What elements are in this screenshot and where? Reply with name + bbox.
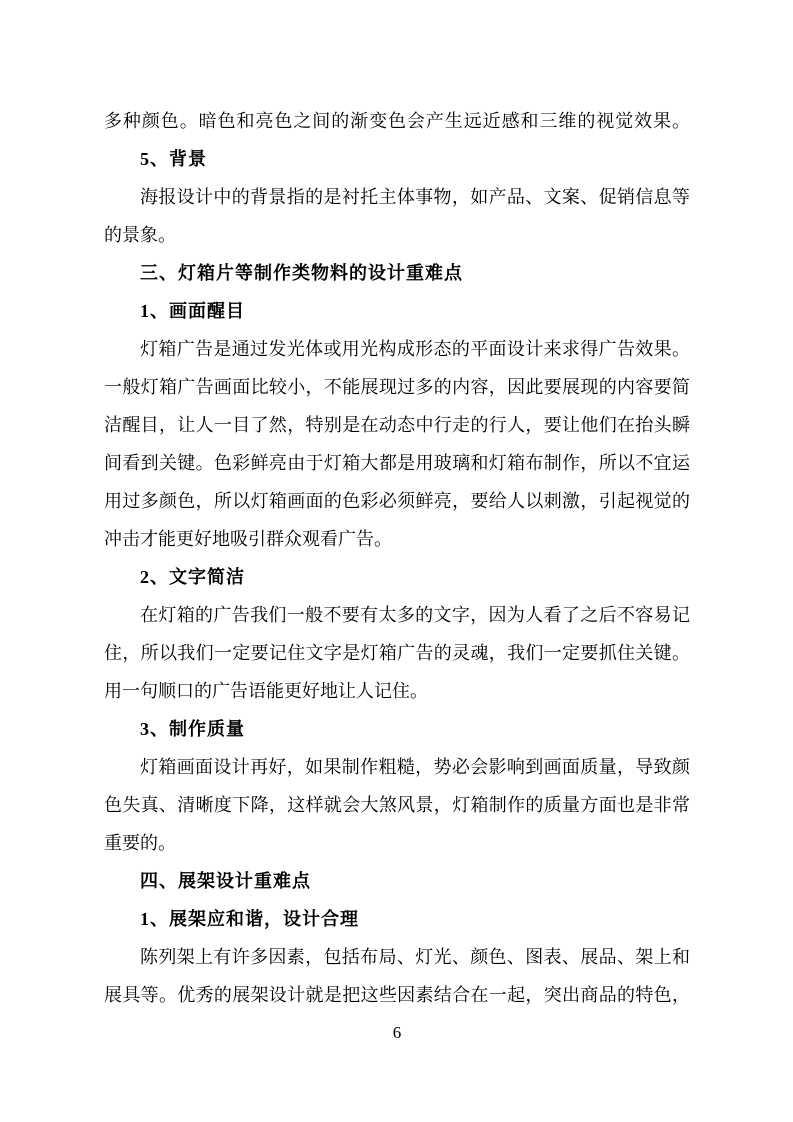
text-line: 洁醒目，让人一目了然，特别是在动态中行走的行人，要让他们在抬头瞬 [104,406,690,444]
text-line: 重要的。 [104,824,690,862]
text-line: 展具等。优秀的展架设计就是把这些因素结合在一起，突出商品的特色， [104,976,690,1014]
text-line: 间看到关键。色彩鲜亮由于灯箱大都是用玻璃和灯箱布制作，所以不宜运 [104,444,690,482]
text-line: 一般灯箱广告画面比较小，不能展现过多的内容，因此要展现的内容要简 [104,368,690,406]
section-heading: 5、背景 [104,140,690,178]
section-heading: 2、文字简洁 [104,558,690,596]
section-heading: 1、展架应和谐，设计合理 [104,900,690,938]
text-line: 陈列架上有许多因素，包括布局、灯光、颜色、图表、展品、架上和 [104,938,690,976]
text-line: 多种颜色。暗色和亮色之间的渐变色会产生远近感和三维的视觉效果。 [104,102,690,140]
document-page: 多种颜色。暗色和亮色之间的渐变色会产生远近感和三维的视觉效果。5、背景海报设计中… [0,0,793,1122]
text-line: 的景象。 [104,216,690,254]
text-line: 灯箱画面设计再好，如果制作粗糙，势必会影响到画面质量，导致颜 [104,748,690,786]
section-heading: 3、制作质量 [104,710,690,748]
section-heading: 四、展架设计重难点 [104,862,690,900]
text-line: 用过多颜色，所以灯箱画面的色彩必须鲜亮，要给人以刺激，引起视觉的 [104,482,690,520]
document-text-block: 多种颜色。暗色和亮色之间的渐变色会产生远近感和三维的视觉效果。5、背景海报设计中… [104,102,690,1052]
section-heading: 三、灯箱片等制作类物料的设计重难点 [104,254,690,292]
text-line: 在灯箱的广告我们一般不要有太多的文字，因为人看了之后不容易记 [104,596,690,634]
text-line: 海报设计中的背景指的是衬托主体事物，如产品、文案、促销信息等 [104,178,690,216]
page-number: 6 [104,1014,690,1052]
text-line: 色失真、清晰度下降，这样就会大煞风景，灯箱制作的质量方面也是非常 [104,786,690,824]
section-heading: 1、画面醒目 [104,292,690,330]
text-line: 灯箱广告是通过发光体或用光构成形态的平面设计来求得广告效果。 [104,330,690,368]
text-line: 用一句顺口的广告语能更好地让人记住。 [104,672,690,710]
text-line: 冲击才能更好地吸引群众观看广告。 [104,520,690,558]
text-line: 住，所以我们一定要记住文字是灯箱广告的灵魂，我们一定要抓住关键。 [104,634,690,672]
